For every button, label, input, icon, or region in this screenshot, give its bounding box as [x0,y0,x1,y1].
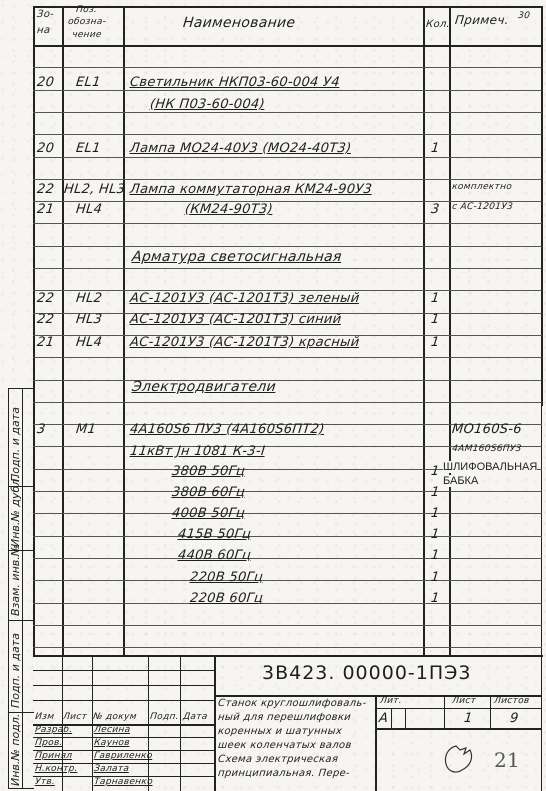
cell-name: Лампа коммутаторная КМ24-90У3 [129,183,372,196]
cell-zona: 3 [36,423,46,436]
cell-pos: EL1 [75,142,101,155]
printed-note-1: ШЛИФОВАЛЬНАЯ [443,461,537,473]
header-pos-3: чение [72,31,103,40]
row-line [33,357,542,358]
header-kol: Кол. [425,20,450,30]
header-name: Наименование [182,16,296,30]
cell-kol: 1 [430,549,440,562]
tb-col-4 [180,655,181,791]
row-line [33,223,542,224]
row-line [33,647,542,648]
cell-name: (НК П03-60-004) [149,98,265,111]
cell-kol: 1 [430,571,440,584]
sheets-label: Листов [494,697,530,706]
cell-pos: HL4 [75,336,103,349]
cell-name: 4А160S6 ПУ3 (4А160S6ПТ2) [129,423,325,436]
tb-lit-col-1 [444,695,445,728]
cell-pos: HL3 [75,313,103,326]
cell-kol: 1 [430,142,440,155]
row-line [33,179,542,180]
tb-lit-sub-2 [405,708,406,728]
row-line [33,603,542,604]
cell-zona: 22 [36,183,55,196]
title-block-top [33,655,543,657]
cell-name: 380В 60Гц [171,486,246,499]
cell-pos: HL2 [75,292,103,305]
tb-header-ndokum: № докум [93,713,138,722]
cell-kol: 1 [430,313,440,326]
tb-header-izm: Изм [35,713,55,722]
description-line: Станок круглошлифоваль- [217,699,366,709]
tb-code-bottom [214,695,542,697]
signer-name: Тарнавенко [94,778,154,787]
tb-row-1 [33,670,214,671]
cell-kol: 1 [430,292,440,305]
description-line: шеек коленчатых валов [217,741,352,751]
cell-pos: HL4 [75,203,103,216]
tb-lit-header-bottom [375,708,542,709]
header-zona-1: Зо- [36,10,54,20]
sheet-value: 1 [463,712,473,725]
cell-name: АС-1201У3 (АС-1201Т3) красный [129,336,360,349]
tb-row-3 [33,700,214,701]
cell-name: 415В 50Гц [177,528,252,541]
row-line [33,491,542,492]
page-number: 21 [494,750,520,770]
header-pos-1: Поз. [76,6,98,15]
cell-name: Лампа МО24-40У3 (МО24-40Т3) [129,142,352,155]
tb-desc-right [375,695,377,791]
tb-header-data: Дата [183,713,208,722]
cell-zona: 20 [36,76,55,89]
header-zona-2: на [36,26,50,36]
signer-name: Гавриленко [94,752,153,761]
side-stamp-sign-date-2: Подп. и дата [9,633,22,708]
row-line [33,402,542,403]
row-line [33,536,542,537]
signer-role: Принял [35,752,73,761]
cell-name: Светильник НКП03-60-004 У4 [129,76,340,89]
document-code: 3В423. 00000-1ПЭ3 [262,664,472,683]
cell-prim: МО160S-6 [451,423,522,436]
side-stamp-sign-date-1: Подп. и дата [9,407,22,482]
cell-kol: 1 [430,486,440,499]
tb-lit-value-bottom [375,728,542,730]
frame-right-lower [541,405,542,791]
row-line [33,67,542,68]
sheets-value: 9 [509,712,519,725]
side-col-mid [22,388,23,788]
signer-name: Залата [94,765,130,774]
row-line [33,134,542,135]
signer-role: Утв. [35,778,56,787]
tb-row-2 [33,685,214,686]
section-heading: Арматура светосигнальная [131,250,342,264]
cell-name: 380В 50Гц [171,465,246,478]
description-line: Схема электрическая [217,755,338,765]
signer-role: Н.контр. [35,765,79,774]
signer-name: Лесина [94,726,131,735]
header-bottom [33,45,543,47]
cell-name: 11кВт Jн 1081 К-3-I [129,445,265,458]
description-line: коренных и шатунных [217,727,342,737]
lit-value: А [378,712,389,725]
tb-header-podp: Подп. [150,713,180,722]
description-line: принципиальная. Пере- [217,769,350,779]
cell-name: АС-1201У3 (АС-1201Т3) зеленый [129,292,360,305]
cell-zona: 22 [36,313,55,326]
tb-lit-sub-1 [391,708,392,728]
side-line-4 [8,620,34,621]
cell-kol: 1 [430,336,440,349]
drawing-sheet: Зо- на Поз. обозна- чение Наименование К… [0,0,546,791]
cell-zona: 20 [36,142,55,155]
side-stamp-vzam-inv: Взам. инв.№ [9,545,22,616]
cell-name: 400В 50Гц [171,507,246,520]
cell-kol: 1 [430,507,440,520]
cell-kol: 1 [430,528,440,541]
row-line [33,580,542,581]
cell-prim: с АС-1201У3 [452,203,514,212]
cell-kol: 3 [430,203,440,216]
side-line-1 [8,388,34,389]
description-line: ный для перешлифовки [217,713,351,723]
row-line [33,112,542,113]
cell-name: (КМ24-90Т3) [184,203,273,216]
corner-number: 30 [518,12,531,21]
cell-pos: EL1 [75,76,101,89]
row-line [33,513,542,514]
row-line [33,625,542,626]
header-pos-2: обозна- [68,18,107,27]
row-line [33,380,542,381]
cell-zona: 21 [36,203,55,216]
row-line [33,157,542,158]
signer-role: Пров. [35,739,64,748]
printed-note-2: БАБКА [443,475,478,487]
cell-pos: HL2, HL3 [63,183,126,196]
lit-label: Лит. [380,697,403,706]
tb-col-5 [214,655,216,791]
cell-name: АС-1201У3 (АС-1201Т3) синий [129,313,342,326]
signer-role: Разраб. [35,726,73,735]
side-line-6 [8,788,34,789]
tb-col-3 [148,655,149,791]
cell-zona: 22 [36,292,55,305]
frame-top [33,6,543,8]
cell-kol: 1 [430,465,440,478]
row-line [33,558,542,559]
side-stamp-inv-dubl: Инв.№ дубл. [9,475,22,547]
side-stamp-inv-podl: Инв.№ подл. [9,714,22,786]
tb-lit-col-2 [490,695,491,728]
signer-name: Каунов [94,739,131,748]
stamp-mark-icon [442,742,476,776]
tb-header-list: Лист [63,713,88,722]
header-prim: Примеч. [454,14,509,26]
cell-prim: 4АМ160S6ПУ3 [452,445,522,454]
cell-name: 220В 50Гц [189,571,264,584]
row-line [33,268,542,269]
cell-prim: комплектно [452,183,513,192]
cell-name: 220В 60Гц [189,592,264,605]
cell-name: 440В 60Гц [177,549,252,562]
row-line [33,246,542,247]
cell-zona: 21 [36,336,55,349]
cell-pos: M1 [75,423,96,436]
sheet-label: Лист [452,697,477,706]
section-heading: Электродвигатели [131,380,276,394]
frame-right [541,6,543,406]
cell-kol: 1 [430,592,440,605]
row-line [33,90,542,91]
